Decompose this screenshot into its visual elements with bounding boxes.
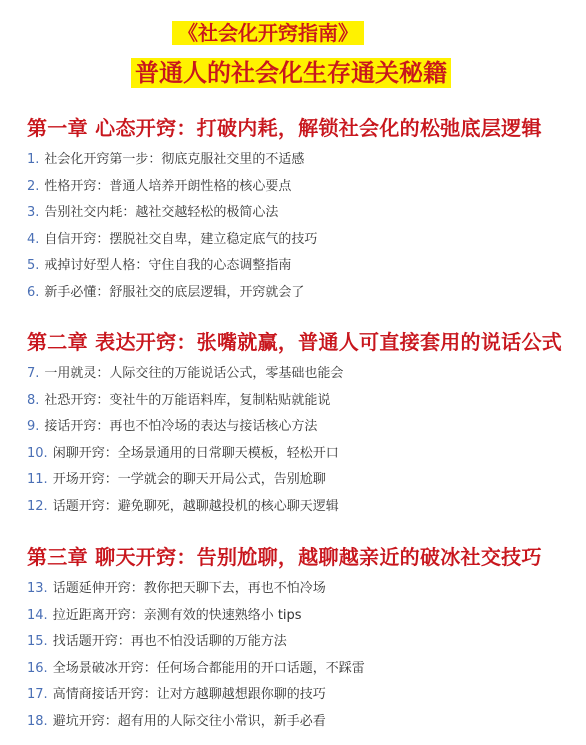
chapter-1: 第一章 心态开窍：打破内耗，解锁社会化的松弛底层逻辑 1.社会化开窍第一步：彻底… <box>27 116 586 306</box>
list-item: 1.社会化开窍第一步：彻底克服社交里的不适感 <box>27 147 586 174</box>
list-item: 7.一用就灵：人际交往的万能说话公式，零基础也能会 <box>27 361 586 388</box>
item-text: 话题延伸开窍：教你把天聊下去，再也不怕冷场 <box>53 581 326 596</box>
list-item: 10.闲聊开窍：全场景通用的日常聊天模板，轻松开口 <box>27 441 586 468</box>
chapter-2: 第二章 表达开窍：张嘴就赢，普通人可直接套用的说话公式 7.一用就灵：人际交往的… <box>27 330 586 520</box>
chapter-heading: 第二章 表达开窍：张嘴就赢，普通人可直接套用的说话公式 <box>27 330 586 354</box>
item-text: 社恐开窍：变社牛的万能语料库，复制粘贴就能说 <box>44 393 330 408</box>
item-text: 避坑开窍：超有用的人际交往小常识，新手必看 <box>53 714 326 729</box>
document-subtitle: 普通人的社会化生存通关秘籍 <box>131 58 451 88</box>
item-number: 11. <box>27 472 48 487</box>
document-title-wrap: 《社会化开窍指南》 <box>0 21 586 45</box>
list-item: 6.新手必懂：舒服社交的底层逻辑，开窍就会了 <box>27 280 586 307</box>
item-text: 全场景破冰开窍：任何场合都能用的开口话题，不踩雷 <box>53 661 365 676</box>
item-number: 17. <box>27 687 48 702</box>
item-number: 13. <box>27 581 48 596</box>
item-number: 7. <box>27 366 39 381</box>
document-subtitle-wrap: 普通人的社会化生存通关秘籍 <box>0 58 586 88</box>
item-number: 8. <box>27 393 39 408</box>
item-number: 16. <box>27 661 48 676</box>
item-text: 性格开窍：普通人培养开朗性格的核心要点 <box>44 179 291 194</box>
item-text: 高情商接话开窍：让对方越聊越想跟你聊的技巧 <box>53 687 326 702</box>
item-number: 10. <box>27 446 48 461</box>
chapter-heading: 第一章 心态开窍：打破内耗，解锁社会化的松弛底层逻辑 <box>27 116 586 140</box>
list-item: 4.自信开窍：摆脱社交自卑，建立稳定底气的技巧 <box>27 227 586 254</box>
item-text: 戒掉讨好型人格：守住自我的心态调整指南 <box>44 258 291 273</box>
item-text: 一用就灵：人际交往的万能说话公式，零基础也能会 <box>44 366 343 381</box>
item-number: 14. <box>27 608 48 623</box>
list-item: 13.话题延伸开窍：教你把天聊下去，再也不怕冷场 <box>27 576 586 603</box>
item-number: 4. <box>27 232 39 247</box>
item-text: 找话题开窍：再也不怕没话聊的万能方法 <box>53 634 287 649</box>
chapter-heading: 第三章 聊天开窍：告别尬聊，越聊越亲近的破冰社交技巧 <box>27 545 586 569</box>
item-text: 接话开窍：再也不怕冷场的表达与接话核心方法 <box>44 419 317 434</box>
list-item: 16.全场景破冰开窍：任何场合都能用的开口话题，不踩雷 <box>27 656 586 683</box>
list-item: 15.找话题开窍：再也不怕没话聊的万能方法 <box>27 629 586 656</box>
item-number: 2. <box>27 179 39 194</box>
chapter-item-list: 13.话题延伸开窍：教你把天聊下去，再也不怕冷场 14.拉近距离开窍：亲测有效的… <box>27 576 586 735</box>
item-number: 3. <box>27 205 39 220</box>
item-number: 15. <box>27 634 48 649</box>
item-text: 告别社交内耗：越社交越轻松的极简心法 <box>44 205 278 220</box>
chapter-item-list: 7.一用就灵：人际交往的万能说话公式，零基础也能会 8.社恐开窍：变社牛的万能语… <box>27 361 586 520</box>
item-text: 拉近距离开窍：亲测有效的快速熟络小 tips <box>53 608 302 623</box>
item-text: 话题开窍：避免聊死，越聊越投机的核心聊天逻辑 <box>53 499 339 514</box>
list-item: 17.高情商接话开窍：让对方越聊越想跟你聊的技巧 <box>27 682 586 709</box>
item-number: 1. <box>27 152 39 167</box>
item-number: 5. <box>27 258 39 273</box>
chapter-item-list: 1.社会化开窍第一步：彻底克服社交里的不适感 2.性格开窍：普通人培养开朗性格的… <box>27 147 586 306</box>
list-item: 2.性格开窍：普通人培养开朗性格的核心要点 <box>27 174 586 201</box>
chapter-3: 第三章 聊天开窍：告别尬聊，越聊越亲近的破冰社交技巧 13.话题延伸开窍：教你把… <box>27 545 586 735</box>
list-item: 5.戒掉讨好型人格：守住自我的心态调整指南 <box>27 253 586 280</box>
item-number: 9. <box>27 419 39 434</box>
document-title: 《社会化开窍指南》 <box>172 21 364 45</box>
list-item: 12.话题开窍：避免聊死，越聊越投机的核心聊天逻辑 <box>27 494 586 521</box>
item-number: 12. <box>27 499 48 514</box>
item-text: 开场开窍：一学就会的聊天开局公式，告别尬聊 <box>53 472 326 487</box>
list-item: 8.社恐开窍：变社牛的万能语料库，复制粘贴就能说 <box>27 388 586 415</box>
list-item: 3.告别社交内耗：越社交越轻松的极简心法 <box>27 200 586 227</box>
item-number: 18. <box>27 714 48 729</box>
item-text: 自信开窍：摆脱社交自卑，建立稳定底气的技巧 <box>44 232 317 247</box>
item-text: 闲聊开窍：全场景通用的日常聊天模板，轻松开口 <box>53 446 339 461</box>
item-text: 社会化开窍第一步：彻底克服社交里的不适感 <box>44 152 304 167</box>
list-item: 9.接话开窍：再也不怕冷场的表达与接话核心方法 <box>27 414 586 441</box>
list-item: 14.拉近距离开窍：亲测有效的快速熟络小 tips <box>27 603 586 630</box>
list-item: 11.开场开窍：一学就会的聊天开局公式，告别尬聊 <box>27 467 586 494</box>
list-item: 18.避坑开窍：超有用的人际交往小常识，新手必看 <box>27 709 586 736</box>
item-text: 新手必懂：舒服社交的底层逻辑，开窍就会了 <box>44 285 304 300</box>
item-number: 6. <box>27 285 39 300</box>
